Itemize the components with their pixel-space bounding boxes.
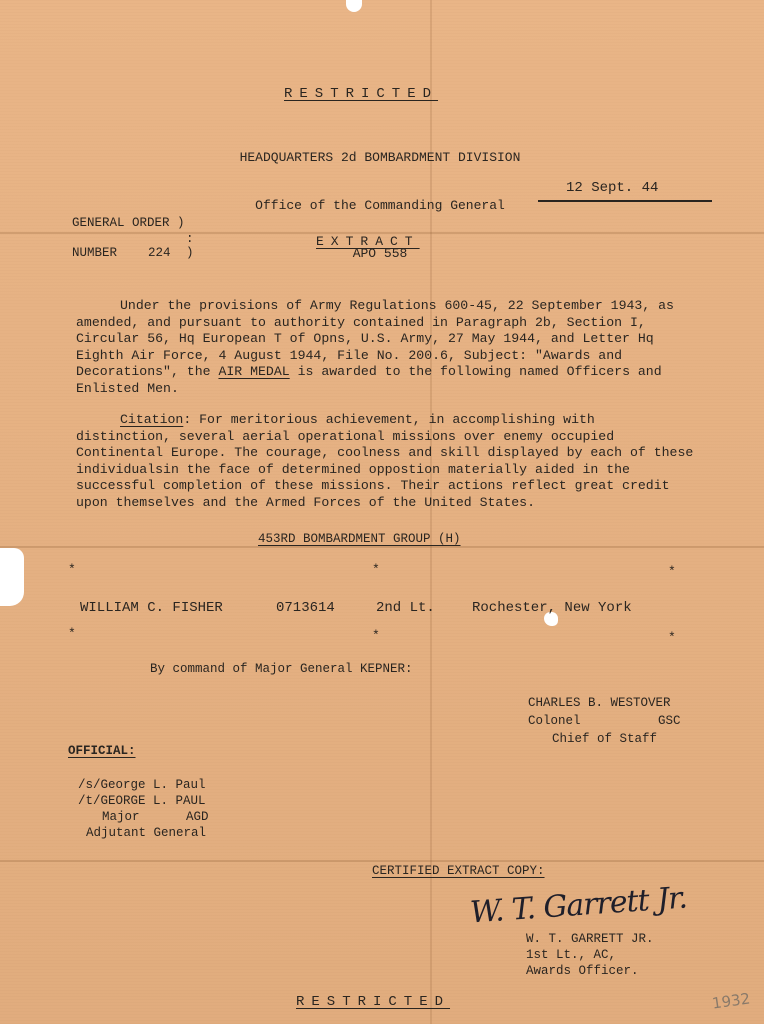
chief-of-staff-name: CHARLES B. WESTOVER bbox=[528, 696, 671, 710]
asterisk-separator: * bbox=[372, 628, 380, 643]
certifier-rank: 1st Lt., AC, bbox=[526, 948, 616, 962]
recipient-serial: 0713614 bbox=[276, 600, 335, 616]
chief-of-staff-branch: GSC bbox=[658, 714, 681, 728]
official-label: OFFICIAL: bbox=[68, 744, 136, 758]
general-order-colon: : bbox=[186, 232, 194, 246]
classification-top: RESTRICTED bbox=[284, 86, 438, 102]
paper-fold bbox=[0, 546, 764, 548]
general-order-label: GENERAL ORDER ) bbox=[72, 216, 185, 230]
official-typed: /t/GEORGE L. PAUL bbox=[78, 794, 206, 808]
header-unit: HEADQUARTERS 2d BOMBARDMENT DIVISION bbox=[200, 150, 560, 166]
certified-label: CERTIFIED EXTRACT COPY: bbox=[372, 864, 545, 878]
asterisk-separator: * bbox=[372, 562, 380, 577]
group-heading: 453RD BOMBARDMENT GROUP (H) bbox=[258, 532, 461, 546]
asterisk-separator: * bbox=[668, 630, 676, 645]
general-order-number: 224 bbox=[148, 246, 171, 260]
asterisk-separator: * bbox=[668, 564, 676, 579]
command-line: By command of Major General KEPNER: bbox=[150, 662, 413, 676]
recipient-name: WILLIAM C. FISHER bbox=[80, 600, 223, 616]
citation-paragraph: Citation: For meritorious achievement, i… bbox=[76, 412, 696, 511]
header-block: HEADQUARTERS 2d BOMBARDMENT DIVISION Off… bbox=[200, 118, 560, 294]
date-underline bbox=[538, 200, 712, 202]
handwritten-signature: W. T. Garrett Jr. bbox=[469, 880, 688, 930]
official-rank: Major bbox=[102, 810, 140, 824]
authority-paragraph: Under the provisions of Army Regulations… bbox=[76, 298, 696, 397]
paper-fold bbox=[0, 860, 764, 862]
chief-of-staff-rank: Colonel bbox=[528, 714, 581, 728]
recipient-hometown: Rochester, New York bbox=[472, 600, 632, 616]
certifier-title: Awards Officer. bbox=[526, 964, 639, 978]
extract-title: EXTRACT bbox=[316, 234, 420, 249]
chief-of-staff-title: Chief of Staff bbox=[552, 732, 657, 746]
recipient-rank: 2nd Lt. bbox=[376, 600, 435, 616]
asterisk-separator: * bbox=[68, 626, 76, 641]
header-office: Office of the Commanding General bbox=[200, 198, 560, 214]
document-page: RESTRICTED HEADQUARTERS 2d BOMBARDMENT D… bbox=[0, 0, 764, 1024]
official-signed: /s/George L. Paul bbox=[78, 778, 206, 792]
official-branch: AGD bbox=[186, 810, 209, 824]
citation-label: Citation bbox=[120, 412, 183, 427]
official-title: Adjutant General bbox=[86, 826, 206, 840]
pencil-annotation: 1932 bbox=[711, 989, 751, 1012]
certifier-name: W. T. GARRETT JR. bbox=[526, 932, 654, 946]
asterisk-separator: * bbox=[68, 562, 76, 577]
paper-tear bbox=[0, 548, 24, 606]
general-order-paren: ) bbox=[186, 246, 194, 260]
general-order-number-label: NUMBER bbox=[72, 246, 117, 260]
paper-tear bbox=[346, 0, 362, 12]
award-name: AIR MEDAL bbox=[218, 364, 289, 379]
classification-bottom: RESTRICTED bbox=[296, 994, 450, 1010]
document-date: 12 Sept. 44 bbox=[566, 180, 658, 196]
